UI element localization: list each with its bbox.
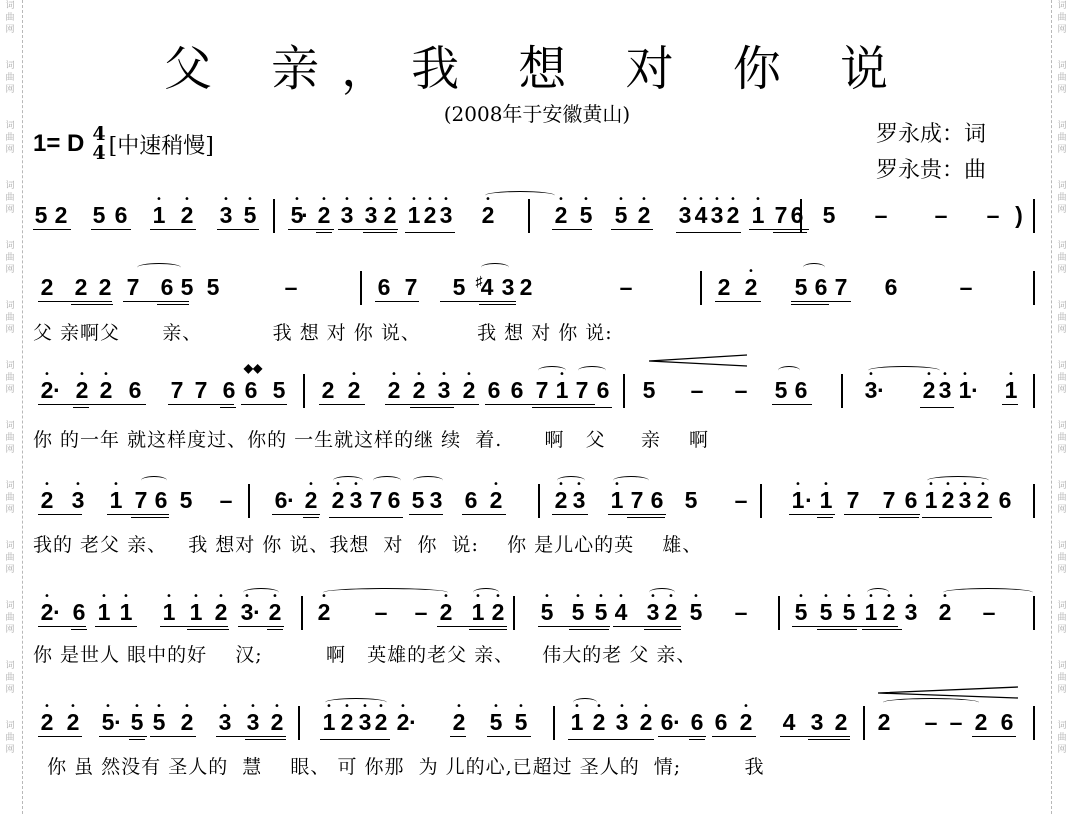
watermark-char: 曲: [1052, 252, 1072, 264]
note: –: [373, 600, 389, 624]
watermark-char: 网: [1052, 324, 1072, 336]
eighth-underline: [611, 229, 653, 230]
bar-line: [553, 706, 555, 740]
eighth-underline: [99, 736, 147, 737]
note: 1: [406, 203, 422, 227]
eighth-underline: [552, 514, 588, 515]
watermark-group: 词曲网: [0, 720, 22, 756]
bar-line: [360, 271, 362, 305]
note: 3: [645, 600, 661, 624]
eighth-underline: [123, 301, 189, 302]
sixteenth-underline: [131, 517, 169, 518]
note: 2: [638, 710, 654, 734]
watermark-char: 曲: [0, 732, 20, 744]
note: 2: [97, 275, 113, 299]
note: 7: [574, 378, 590, 402]
octave-dot: •: [677, 197, 693, 203]
note: 2: [553, 488, 569, 512]
eighth-underline: [1002, 404, 1018, 405]
note: 5: [593, 600, 609, 624]
octave-dot: •: [841, 594, 857, 600]
sixteenth-underline: [644, 629, 681, 630]
watermark-char: 网: [0, 384, 20, 396]
watermark-group: 词曲网: [0, 420, 22, 456]
watermark-char: 网: [1052, 444, 1072, 456]
sixteenth-underline: [245, 739, 286, 740]
sixteenth-underline: [303, 517, 319, 518]
eighth-underline: [712, 736, 756, 737]
watermark-char: 曲: [1052, 372, 1072, 384]
note: 2: [876, 710, 892, 734]
sixteenth-underline: [791, 304, 829, 305]
watermark-group: 词曲网: [1052, 180, 1074, 216]
note: 6: [486, 378, 502, 402]
note: 6: [903, 488, 919, 512]
watermark-group: 词曲网: [0, 240, 22, 276]
eighth-underline: [160, 626, 228, 627]
note: 3: [500, 275, 516, 299]
note: 2: [346, 378, 362, 402]
octave-dot: •: [488, 482, 504, 488]
note: 2: [382, 203, 398, 227]
sixteenth-underline: [329, 517, 403, 518]
watermark-char: 词: [1052, 300, 1072, 312]
note: –: [618, 275, 634, 299]
octave-dot: •: [346, 372, 362, 378]
eighth-underline: [107, 514, 169, 515]
octave-dot: •: [613, 594, 629, 600]
watermark-char: 曲: [0, 132, 20, 144]
bar-line: [513, 596, 515, 630]
note: 5: [91, 203, 107, 227]
eighth-underline: [38, 404, 96, 405]
watermark-char: 词: [1052, 600, 1072, 612]
lyrics-line-3: 我的 老父 亲、 我 想对 你 说、我想 对 你 说: 你 是儿心的英 雄、: [33, 530, 702, 557]
key-signature-block: 1= D 4 4 [中速稍慢]: [33, 125, 214, 163]
sixteenth-underline: [71, 304, 113, 305]
octave-dot: •: [1003, 372, 1019, 378]
watermark-char: 词: [0, 240, 20, 252]
note: 2: [179, 203, 195, 227]
octave-dot: •: [217, 704, 233, 710]
note: 5: [33, 203, 49, 227]
note: 5: [688, 600, 704, 624]
watermark-char: 曲: [0, 252, 20, 264]
slur: [778, 366, 800, 375]
sixteenth-underline: [532, 407, 612, 408]
lyrics-line-4: 你 是世人 眼中的好 汉; 啊 英雄的老父 亲、 伟大的老 父 亲、: [33, 640, 696, 667]
octave-dot: •: [269, 704, 285, 710]
watermark-char: 曲: [1052, 312, 1072, 324]
octave-dot: •: [693, 197, 709, 203]
note: 5: [793, 275, 809, 299]
note: 2: [881, 600, 897, 624]
note: 5: [818, 600, 834, 624]
note: –: [948, 710, 964, 734]
note: –: [733, 378, 749, 402]
watermark-group: 词曲网: [1052, 240, 1074, 276]
eighth-underline: [38, 626, 86, 627]
note: 6: [997, 488, 1013, 512]
slur: [325, 698, 387, 707]
octave-dot: •: [382, 197, 398, 203]
watermark-group: 词曲网: [1052, 420, 1074, 456]
watermark-char: 网: [0, 144, 20, 156]
note: 2: [267, 600, 283, 624]
octave-dot: •: [96, 594, 112, 600]
eighth-underline: [749, 229, 809, 230]
note: ·: [301, 203, 309, 227]
octave-dot: •: [74, 372, 90, 378]
score-row: 2•·61•1•1•1•2•3•·2•2•––2•1•2•5•5•5•4•3•2…: [33, 590, 1045, 634]
octave-dot: •: [242, 197, 258, 203]
bar-line: [863, 706, 865, 740]
note: 3: [957, 488, 973, 512]
note: 2: [451, 710, 467, 734]
note: 6: [153, 488, 169, 512]
note: 2: [518, 275, 534, 299]
sixteenth-underline: [157, 304, 189, 305]
eighth-underline: [780, 736, 850, 737]
watermark-char: 曲: [1052, 12, 1072, 24]
note: –: [283, 275, 299, 299]
note: 1: [1003, 378, 1019, 402]
watermark-char: 网: [0, 204, 20, 216]
note: 2: [663, 600, 679, 624]
note: 2: [65, 710, 81, 734]
sixteenth-underline: [220, 407, 236, 408]
note: 2: [553, 203, 569, 227]
slur: [481, 263, 509, 272]
note: 1: [188, 600, 204, 624]
note: 2: [636, 203, 652, 227]
note: 6: [713, 710, 729, 734]
eighth-underline: [288, 229, 334, 230]
watermark-char: 曲: [0, 312, 20, 324]
eighth-underline: [33, 229, 71, 230]
sixteenth-underline: [862, 629, 902, 630]
watermark-group: 词曲网: [0, 540, 22, 576]
octave-dot: •: [578, 197, 594, 203]
note: 4: [613, 600, 629, 624]
watermark-char: 网: [0, 264, 20, 276]
octave-dot: •: [688, 594, 704, 600]
octave-dot: •: [903, 594, 919, 600]
slur: [485, 191, 555, 200]
eighth-underline: [91, 229, 131, 230]
eighth-underline: [487, 736, 531, 737]
watermark-char: 曲: [1052, 672, 1072, 684]
sixteenth-underline: [817, 629, 857, 630]
octave-dot: •: [513, 704, 529, 710]
slur: [373, 476, 401, 485]
note: 2: [411, 378, 427, 402]
note: –: [689, 378, 705, 402]
watermark-char: 网: [1052, 384, 1072, 396]
note: 5: [773, 378, 789, 402]
eighth-underline: [462, 514, 506, 515]
bar-line: [298, 706, 300, 740]
note: 5: [570, 600, 586, 624]
eighth-underline: [216, 736, 286, 737]
slur: [413, 476, 443, 485]
eighth-underline: [96, 404, 146, 405]
watermark-char: 网: [1052, 204, 1072, 216]
note: 6: [883, 275, 899, 299]
score-row: 52561•2•3•5•5•·2•3•3•2•1•2•3•2•2•5•5•2•3…: [33, 193, 1045, 237]
note: 2: [316, 203, 332, 227]
octave-dot: •: [436, 372, 452, 378]
sixteenth-underline: [129, 739, 145, 740]
note: –: [218, 488, 234, 512]
note: 2: [422, 203, 438, 227]
octave-dot: •: [161, 594, 177, 600]
octave-dot: •: [593, 594, 609, 600]
note: 2: [833, 710, 849, 734]
note: 1: [161, 600, 177, 624]
watermark-char: 词: [0, 660, 20, 672]
note: ·: [877, 378, 885, 402]
eighth-underline: [385, 404, 479, 405]
slur: [137, 263, 181, 272]
eighth-underline: [238, 626, 284, 627]
note: 2: [73, 275, 89, 299]
watermark-char: 词: [0, 300, 20, 312]
watermark-char: 曲: [0, 492, 20, 504]
eighth-underline: [538, 626, 610, 627]
octave-dot: •: [818, 594, 834, 600]
slur: [243, 588, 279, 597]
note: 2: [716, 275, 732, 299]
watermark-char: 词: [0, 480, 20, 492]
eighth-underline: [241, 404, 287, 405]
slur: [578, 366, 606, 375]
bar-line: [1033, 199, 1035, 233]
watermark-char: 词: [1052, 720, 1072, 732]
score-row: 2227655–675♯432–22•5676–: [33, 265, 1045, 309]
note: –: [413, 600, 429, 624]
note: 2: [438, 600, 454, 624]
note: 1: [118, 600, 134, 624]
bar-line: [841, 374, 843, 408]
octave-dot: •: [363, 197, 379, 203]
note: 2: [488, 488, 504, 512]
eighth-underline: [150, 736, 196, 737]
slur: [557, 476, 585, 485]
note: 2: [461, 378, 477, 402]
octave-dot: •: [613, 197, 629, 203]
sixteenth-underline: [469, 629, 507, 630]
note: 2: [330, 488, 346, 512]
note: 5: [410, 488, 426, 512]
note: 7: [368, 488, 384, 512]
watermark-char: 曲: [0, 372, 20, 384]
eighth-underline: [608, 514, 666, 515]
eighth-underline: [168, 404, 234, 405]
note: 2: [725, 203, 741, 227]
note: 6: [376, 275, 392, 299]
bar-line: [301, 596, 303, 630]
octave-dot: •: [98, 372, 114, 378]
note: 2: [213, 600, 229, 624]
note: 2: [320, 378, 336, 402]
note: 3: [571, 488, 587, 512]
watermark-char: 曲: [1052, 732, 1072, 744]
time-signature-bottom: 4: [92, 144, 105, 163]
note: 3: [709, 203, 725, 227]
note: 7: [125, 275, 141, 299]
eighth-underline: [715, 301, 761, 302]
credits: 罗永成：词 罗永贵：曲: [876, 117, 986, 189]
note: –: [933, 203, 949, 227]
watermark-char: 网: [0, 684, 20, 696]
slur: [573, 698, 597, 707]
note: 6: [689, 710, 705, 734]
note: 7: [193, 378, 209, 402]
watermark-char: 网: [0, 444, 20, 456]
note: 5: [205, 275, 221, 299]
watermark-group: 词曲网: [1052, 300, 1074, 336]
note: 2: [480, 203, 496, 227]
note: –: [873, 203, 889, 227]
note: 6: [649, 488, 665, 512]
note: 2: [98, 378, 114, 402]
mordent-icon: ◆◆: [243, 356, 263, 380]
note: 7: [845, 488, 861, 512]
bar-line: [1033, 484, 1035, 518]
lyrics-line-1: 父 亲啊父 亲、 我 想 对 你 说、 我 想 对 你 说:: [33, 318, 613, 345]
octave-dot: •: [303, 482, 319, 488]
note: 3: [428, 488, 444, 512]
slur: [323, 588, 448, 597]
note: 3: [70, 488, 86, 512]
note: 1: [470, 600, 486, 624]
note: 5: [451, 275, 467, 299]
note: 1: [750, 203, 766, 227]
octave-dot: •: [638, 704, 654, 710]
note: 3: [677, 203, 693, 227]
eighth-underline: [658, 736, 706, 737]
watermark-char: 网: [1052, 564, 1072, 576]
sixteenth-underline: [73, 407, 89, 408]
note: 2: [973, 710, 989, 734]
note: 2: [39, 710, 55, 734]
note: 1: [151, 203, 167, 227]
note: 2: [179, 710, 195, 734]
note: 5: [613, 203, 629, 227]
eighth-underline: [772, 404, 812, 405]
note: 3: [218, 203, 234, 227]
slur: [868, 366, 940, 375]
note: 2: [975, 488, 991, 512]
sixteenth-underline: [920, 407, 954, 408]
note: 6: [595, 378, 611, 402]
note: 6: [509, 378, 525, 402]
octave-dot: •: [118, 594, 134, 600]
watermark-char: 曲: [0, 432, 20, 444]
note: –: [981, 600, 997, 624]
note: 6: [221, 378, 237, 402]
eighth-underline: [375, 301, 419, 302]
slur: [649, 588, 675, 597]
slur: [538, 366, 566, 375]
watermark-group: 词曲网: [1052, 660, 1074, 696]
octave-dot: •: [451, 704, 467, 710]
score-row: 2•2•5•·5•5•2•3•3•2•1•2•3•2•2•·2•5•5•1•2•…: [33, 700, 1045, 744]
watermark-char: 词: [0, 600, 20, 612]
note: 3: [357, 710, 373, 734]
octave-dot: •: [213, 594, 229, 600]
eighth-underline: [217, 229, 259, 230]
note: 5: [178, 488, 194, 512]
slur: [473, 588, 499, 597]
watermark-char: 词: [1052, 660, 1072, 672]
watermark-char: 词: [1052, 180, 1072, 192]
note: 2: [74, 378, 90, 402]
watermark-group: 词曲网: [0, 600, 22, 636]
octave-dot: •: [553, 197, 569, 203]
slur: [613, 476, 649, 485]
octave-dot: •: [151, 704, 167, 710]
eighth-underline: [789, 514, 835, 515]
note: ·: [971, 378, 979, 402]
note: 7: [881, 488, 897, 512]
score-row: 2•·2•2•67766522•2•2•3•2•6671•765––563•·2…: [33, 368, 1045, 412]
octave-dot: •: [188, 594, 204, 600]
watermark-char: 词: [0, 180, 20, 192]
sixteenth-underline: [320, 739, 390, 740]
octave-dot: •: [743, 269, 759, 275]
note: 6: [159, 275, 175, 299]
note: 3: [339, 203, 355, 227]
note: 3: [245, 710, 261, 734]
watermark-group: 词曲网: [0, 480, 22, 516]
note: 1: [321, 710, 337, 734]
bar-line: [1033, 271, 1035, 305]
note: 5: [683, 488, 699, 512]
watermark-char: 网: [0, 744, 20, 756]
watermark-char: 网: [1052, 264, 1072, 276]
sixteenth-underline: [627, 517, 665, 518]
note: 2: [373, 710, 389, 734]
note: 5: [578, 203, 594, 227]
note: ·: [253, 600, 261, 624]
decrescendo-hairpin-icon: [878, 686, 1018, 700]
note: 1: [554, 378, 570, 402]
watermark-char: 词: [1052, 0, 1072, 12]
note: 5: [841, 600, 857, 624]
lyrics-line-2: 你 的一年 就这样度过、你的 一生就这样的继 续 着. 啊 父 亲 啊: [33, 425, 709, 452]
note: 5: [513, 710, 529, 734]
sixteenth-underline: [879, 517, 919, 518]
watermark-group: 词曲网: [1052, 360, 1074, 396]
octave-dot: •: [245, 704, 261, 710]
sixteenth-underline: [267, 629, 283, 630]
octave-dot: •: [70, 482, 86, 488]
note: ·: [805, 488, 813, 512]
octave-dot: •: [614, 704, 630, 710]
note: 3: [614, 710, 630, 734]
note: 5: [179, 275, 195, 299]
watermark-char: 网: [0, 324, 20, 336]
sixteenth-underline: [479, 304, 516, 305]
watermark-char: 网: [1052, 504, 1072, 516]
note: 6: [71, 600, 87, 624]
watermark-char: 曲: [0, 12, 20, 24]
bar-line: [760, 484, 762, 518]
key-signature: 1= D: [33, 130, 84, 158]
octave-dot: •: [65, 704, 81, 710]
